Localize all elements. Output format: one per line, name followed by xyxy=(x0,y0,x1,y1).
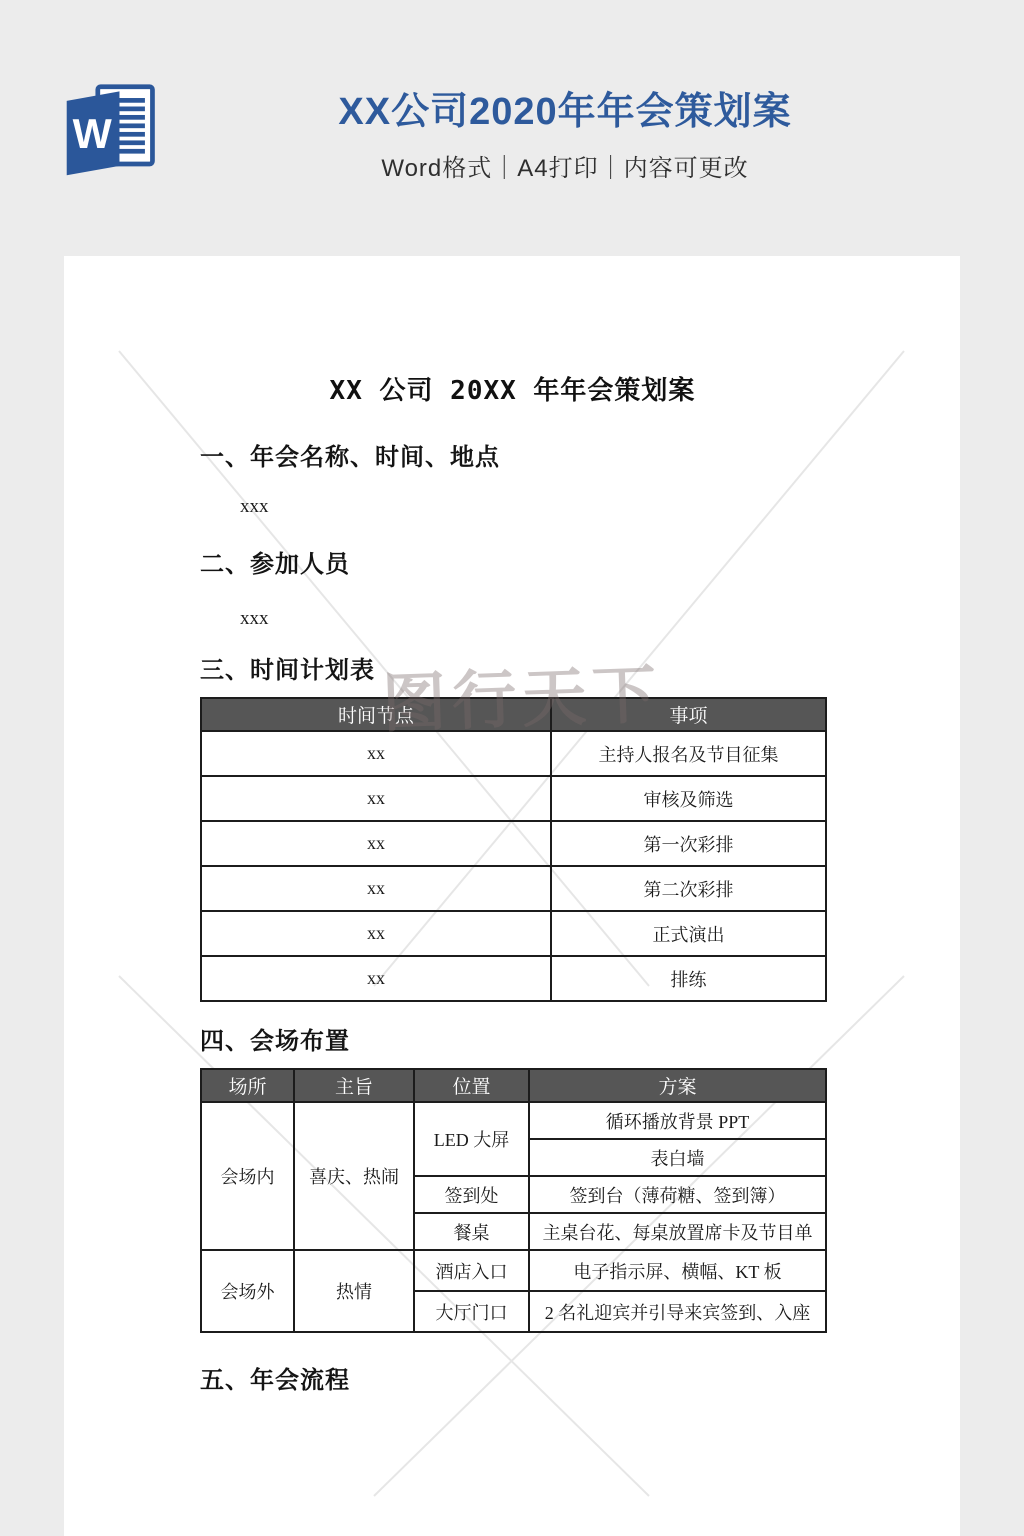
venue-col-theme: 主旨 xyxy=(294,1069,414,1102)
venue-plan-cell: 2 名礼迎宾并引导来宾签到、入座 xyxy=(529,1291,826,1332)
venue-table: 场所 主旨 位置 方案 会场内 喜庆、热闹 LED 大屏 循环播放背景 PPT … xyxy=(200,1068,827,1333)
schedule-header-row: 时间节点 事项 xyxy=(201,698,826,731)
schedule-item-cell: 正式演出 xyxy=(551,911,826,956)
venue-location-cell: 酒店入口 xyxy=(414,1250,529,1291)
schedule-item-cell: 主持人报名及节目征集 xyxy=(551,731,826,776)
schedule-item-cell: 审核及筛选 xyxy=(551,776,826,821)
schedule-item-cell: 第二次彩排 xyxy=(551,866,826,911)
header-text: XX公司2020年年会策划案 Word格式｜A4打印｜内容可更改 xyxy=(106,90,1024,183)
section-heading-5: 五、年会流程 xyxy=(200,1360,825,1395)
venue-plan-cell: 表白墙 xyxy=(529,1139,826,1176)
schedule-time-cell: xx xyxy=(201,821,551,866)
venue-location-cell: 餐桌 xyxy=(414,1213,529,1250)
schedule-time-cell: xx xyxy=(201,731,551,776)
venue-col-plan: 方案 xyxy=(529,1069,826,1102)
table-row: 会场外 热情 酒店入口 电子指示屏、横幅、KT 板 xyxy=(201,1250,826,1291)
schedule-time-cell: xx xyxy=(201,911,551,956)
schedule-item-cell: 排练 xyxy=(551,956,826,1001)
template-title: XX公司2020年年会策划案 xyxy=(106,90,1024,136)
venue-location-cell: 大厅门口 xyxy=(414,1291,529,1332)
venue-header-row: 场所 主旨 位置 方案 xyxy=(201,1069,826,1102)
document-page: 图行天下 XX 公司 20XX 年年会策划案 一、年会名称、时间、地点 xxx … xyxy=(64,256,960,1536)
section-heading-1: 一、年会名称、时间、地点 xyxy=(200,437,825,472)
venue-col-location: 位置 xyxy=(414,1069,529,1102)
document-title: XX 公司 20XX 年年会策划案 xyxy=(200,256,825,407)
table-row: 会场内 喜庆、热闹 LED 大屏 循环播放背景 PPT xyxy=(201,1102,826,1139)
template-subtitle: Word格式｜A4打印｜内容可更改 xyxy=(106,148,1024,183)
venue-location-cell: LED 大屏 xyxy=(414,1102,529,1176)
section-body-2: xxx xyxy=(200,608,825,630)
table-row: xx 正式演出 xyxy=(201,911,826,956)
schedule-col-item: 事项 xyxy=(551,698,826,731)
section-body-1: xxx xyxy=(200,496,825,518)
schedule-time-cell: xx xyxy=(201,866,551,911)
table-row: xx 审核及筛选 xyxy=(201,776,826,821)
section-heading-3: 三、时间计划表 xyxy=(200,650,825,685)
schedule-table: 时间节点 事项 xx 主持人报名及节目征集 xx 审核及筛选 xx 第一次彩排 xyxy=(200,697,827,1002)
section-heading-4: 四、会场布置 xyxy=(200,1021,825,1056)
venue-place-cell: 会场内 xyxy=(201,1102,294,1250)
venue-plan-cell: 循环播放背景 PPT xyxy=(529,1102,826,1139)
schedule-time-cell: xx xyxy=(201,776,551,821)
schedule-col-time: 时间节点 xyxy=(201,698,551,731)
venue-theme-cell: 喜庆、热闹 xyxy=(294,1102,414,1250)
table-row: xx 第二次彩排 xyxy=(201,866,826,911)
venue-location-cell: 签到处 xyxy=(414,1176,529,1213)
venue-plan-cell: 签到台（薄荷糖、签到簿） xyxy=(529,1176,826,1213)
venue-plan-cell: 电子指示屏、横幅、KT 板 xyxy=(529,1250,826,1291)
section-heading-2: 二、参加人员 xyxy=(200,544,825,579)
table-row: xx 第一次彩排 xyxy=(201,821,826,866)
table-row: xx 主持人报名及节目征集 xyxy=(201,731,826,776)
document-content: XX 公司 20XX 年年会策划案 一、年会名称、时间、地点 xxx 二、参加人… xyxy=(200,256,825,1395)
schedule-time-cell: xx xyxy=(201,956,551,1001)
venue-col-place: 场所 xyxy=(201,1069,294,1102)
venue-place-cell: 会场外 xyxy=(201,1250,294,1332)
venue-theme-cell: 热情 xyxy=(294,1250,414,1332)
venue-plan-cell: 主桌台花、每桌放置席卡及节目单 xyxy=(529,1213,826,1250)
schedule-item-cell: 第一次彩排 xyxy=(551,821,826,866)
table-row: xx 排练 xyxy=(201,956,826,1001)
site-header: W XX公司2020年年会策划案 Word格式｜A4打印｜内容可更改 xyxy=(0,0,1024,256)
